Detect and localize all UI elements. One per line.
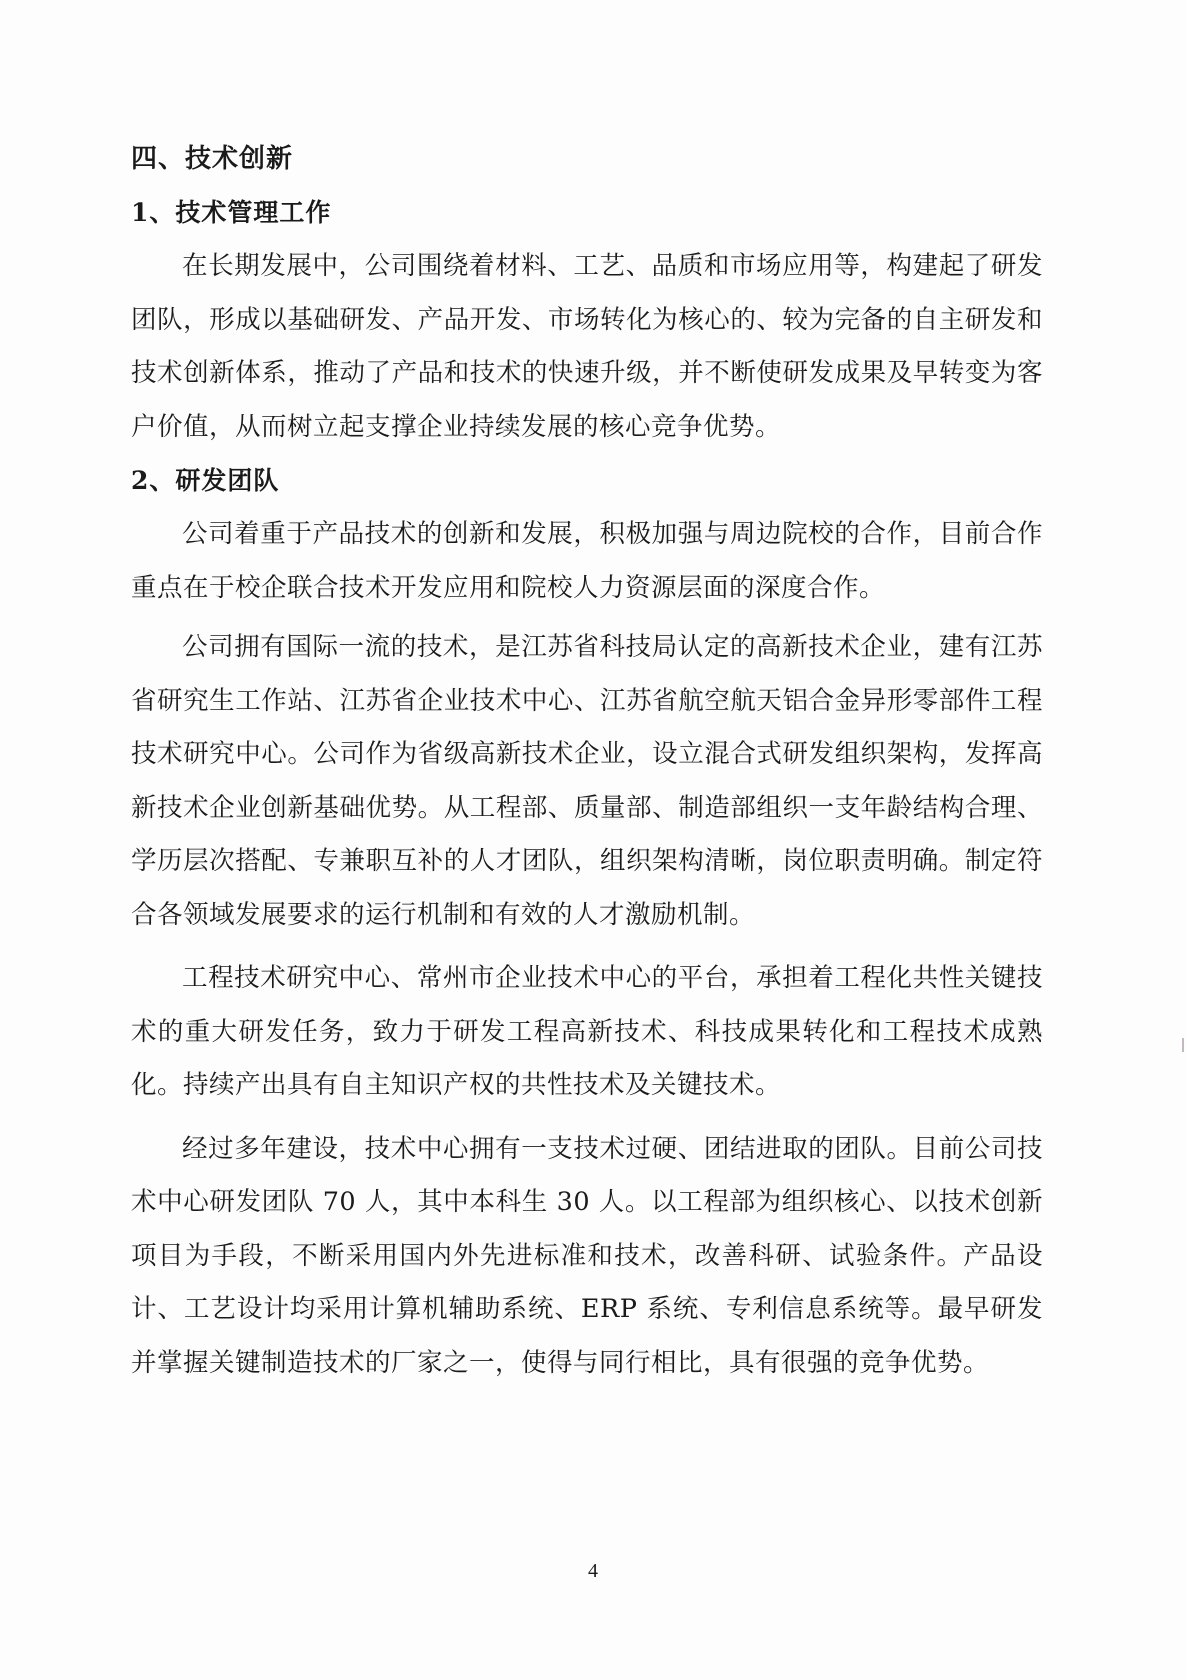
document-page: 四、技术创新 1、技术管理工作 在长期发展中，公司围绕着材料、工艺、品质和市场应…: [0, 0, 1186, 1680]
subsection-title-tech-management: 1、技术管理工作: [131, 186, 1043, 240]
paragraph: 公司着重于产品技术的创新和发展，积极加强与周边院校的合作，目前合作重点在于校企联…: [131, 508, 1043, 615]
page-number: 4: [0, 1560, 1186, 1583]
paragraph: 公司拥有国际一流的技术，是江苏省科技局认定的高新技术企业，建有江苏省研究生工作站…: [131, 621, 1043, 942]
scan-artifact: [1182, 1038, 1184, 1052]
page-content: 四、技术创新 1、技术管理工作 在长期发展中，公司围绕着材料、工艺、品质和市场应…: [131, 132, 1043, 1390]
section-heading: 四、技术创新: [131, 132, 1043, 186]
paragraph: 在长期发展中，公司围绕着材料、工艺、品质和市场应用等，构建起了研发团队，形成以基…: [131, 240, 1043, 454]
paragraph: 经过多年建设，技术中心拥有一支技术过硬、团结进取的团队。目前公司技术中心研发团队…: [131, 1123, 1043, 1391]
subsection-title-rd-team: 2、研发团队: [131, 454, 1043, 508]
paragraph: 工程技术研究中心、常州市企业技术中心的平台，承担着工程化共性关键技术的重大研发任…: [131, 952, 1043, 1113]
